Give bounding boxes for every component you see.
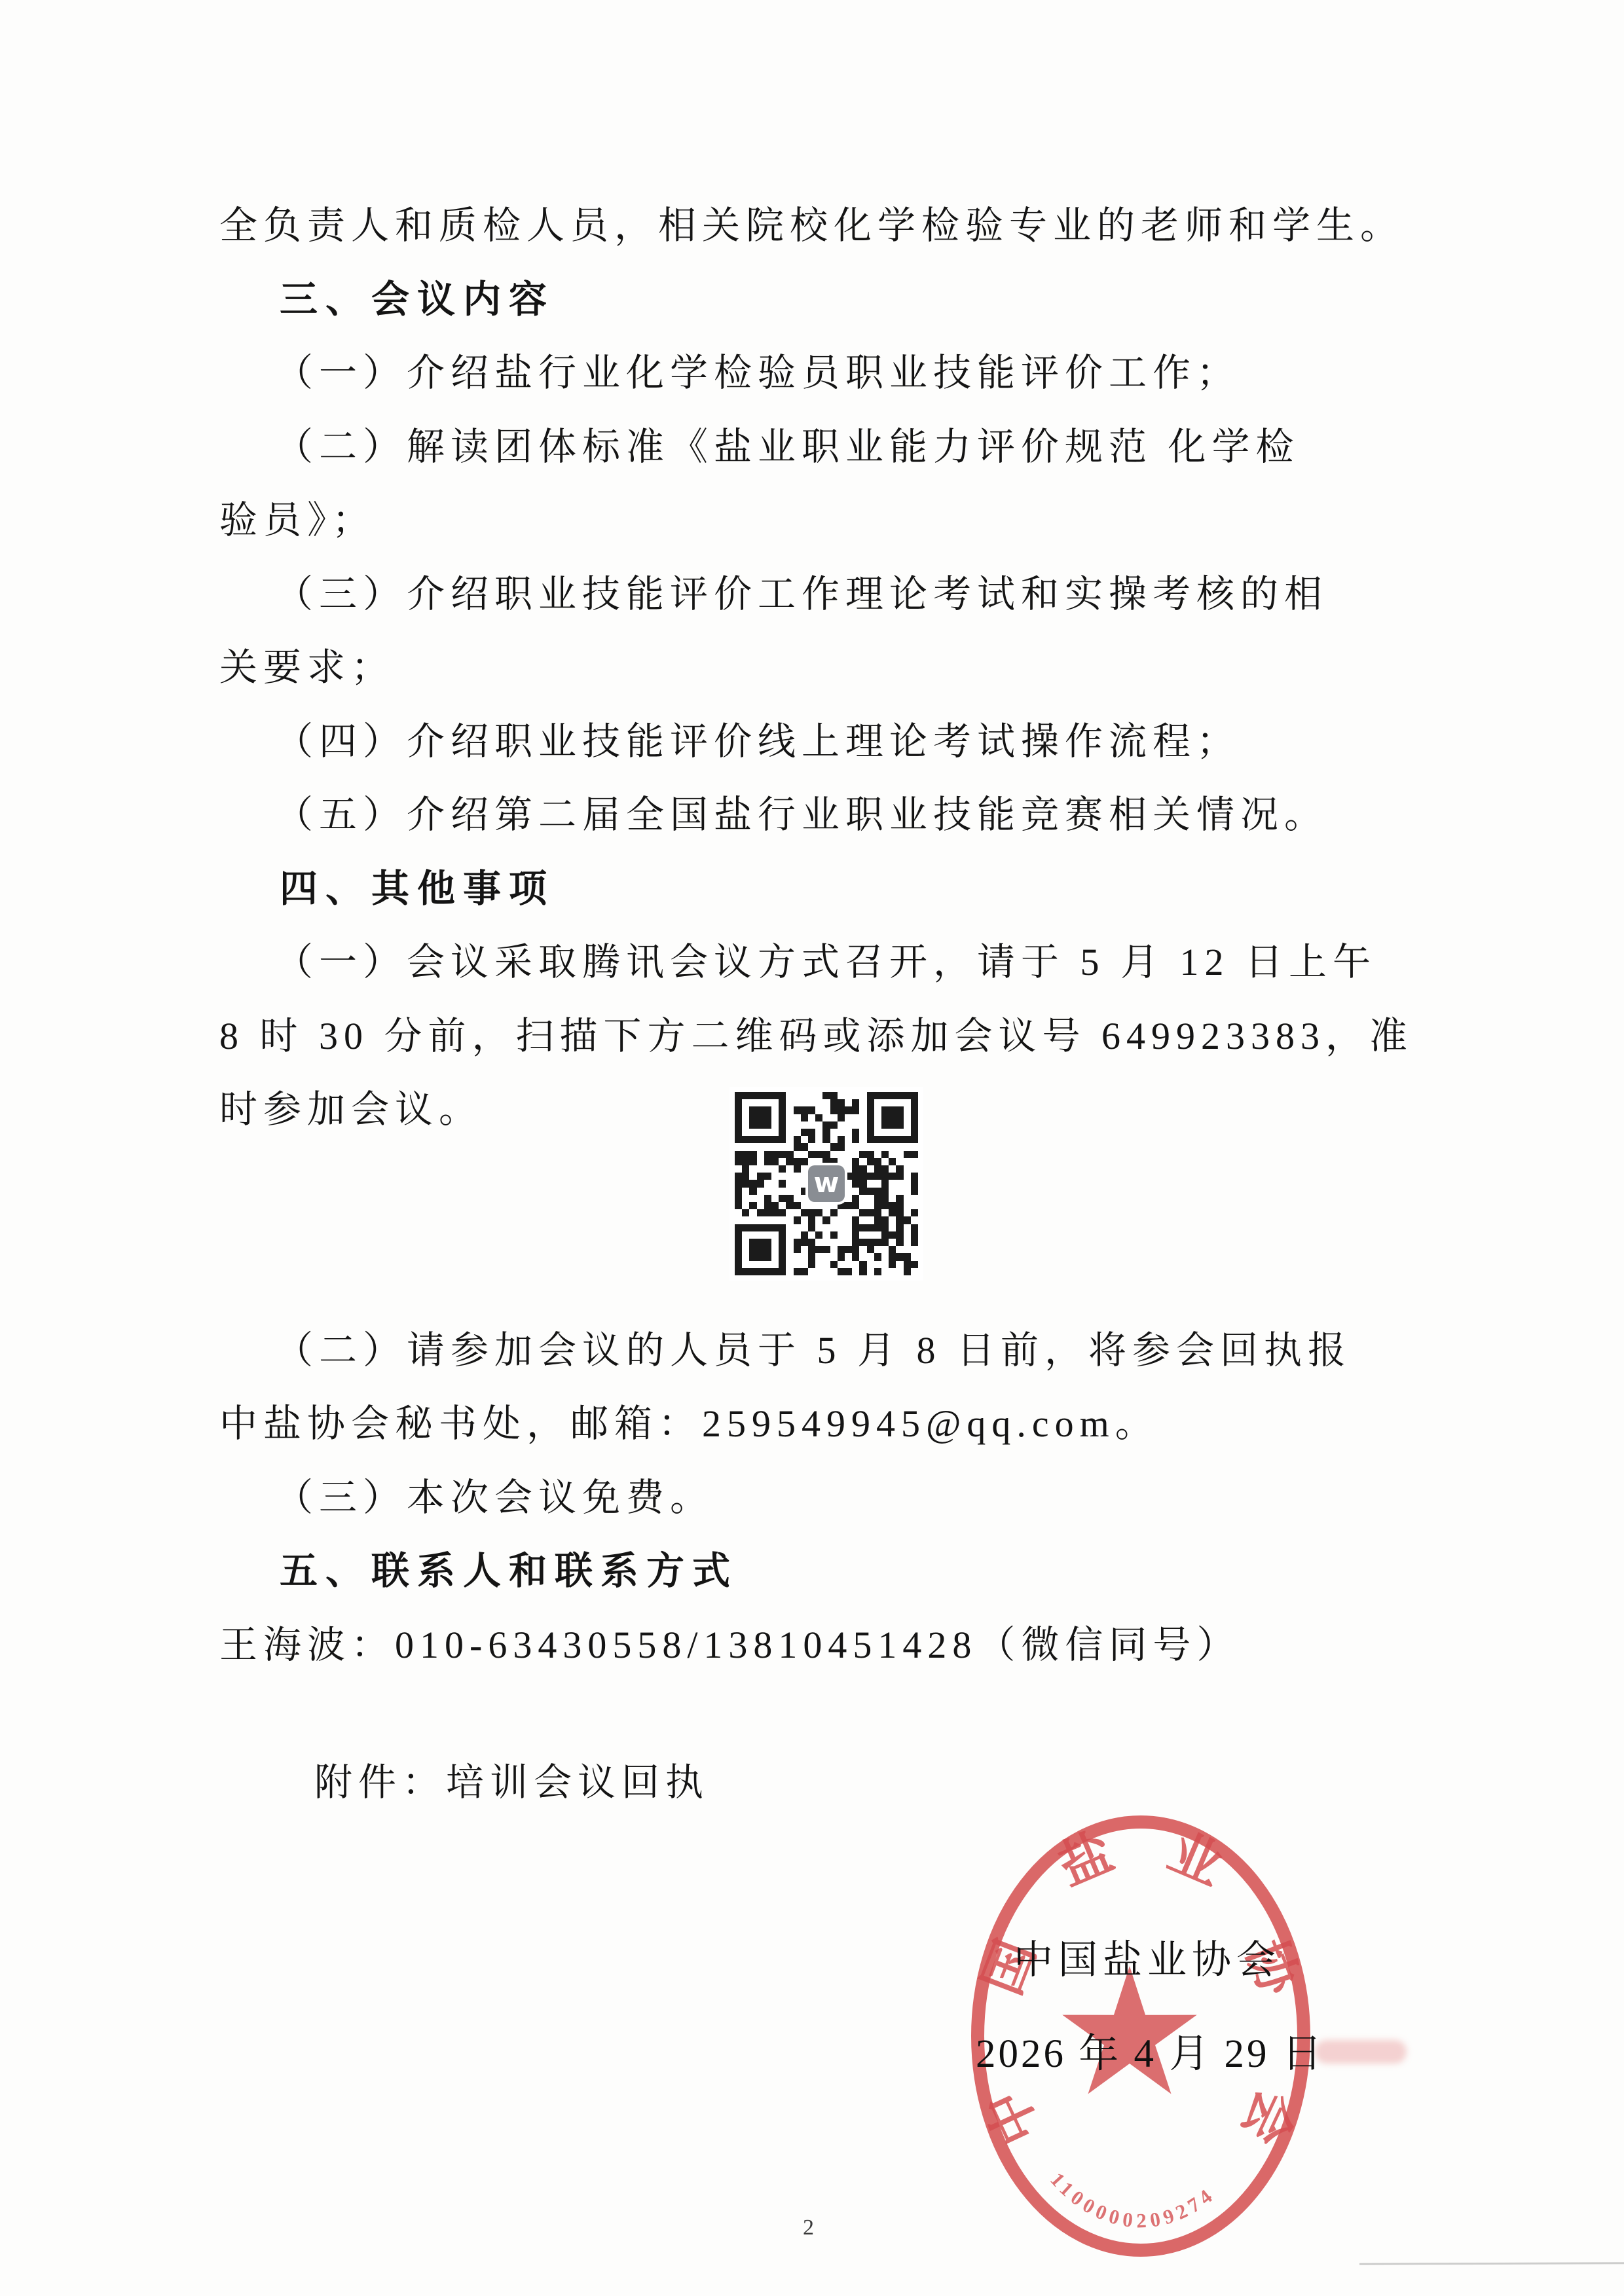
qr-module xyxy=(794,1231,801,1239)
qr-module xyxy=(845,1246,852,1253)
qr-module xyxy=(852,1188,859,1195)
qr-module xyxy=(838,1158,845,1165)
qr-module xyxy=(749,1180,756,1187)
qr-module xyxy=(896,1253,903,1260)
qr-module xyxy=(852,1268,859,1275)
qr-module xyxy=(867,1202,874,1209)
qr-module xyxy=(830,1239,838,1246)
qr-module xyxy=(911,1209,918,1216)
qr-module xyxy=(874,1209,881,1216)
qr-module xyxy=(771,1143,779,1150)
qr-module xyxy=(794,1136,801,1143)
qr-module xyxy=(815,1231,822,1239)
qr-module xyxy=(771,1216,779,1224)
qr-module xyxy=(845,1253,852,1260)
qr-module xyxy=(867,1143,874,1150)
qr-module xyxy=(852,1158,859,1165)
qr-module xyxy=(764,1209,771,1216)
qr-module xyxy=(822,1224,830,1231)
qr-module xyxy=(904,1239,911,1246)
qr-module xyxy=(786,1121,793,1129)
qr-module xyxy=(742,1158,749,1165)
qr-module xyxy=(911,1202,918,1209)
qr-module xyxy=(749,1216,756,1224)
qr-module xyxy=(794,1106,801,1114)
qr-module xyxy=(757,1216,764,1224)
qr-module xyxy=(794,1121,801,1129)
qr-module xyxy=(815,1224,822,1231)
qr-module xyxy=(838,1099,845,1106)
qr-module xyxy=(779,1151,786,1158)
qr-module xyxy=(808,1136,815,1143)
qr-module xyxy=(786,1136,793,1143)
qr-module xyxy=(852,1129,859,1136)
qr-module xyxy=(852,1151,859,1158)
qr-module xyxy=(779,1195,786,1202)
qr-module xyxy=(815,1202,822,1209)
qr-module xyxy=(822,1209,830,1216)
qr-module xyxy=(852,1143,859,1150)
qr-module xyxy=(815,1099,822,1106)
qr-module xyxy=(874,1268,881,1275)
qr-module xyxy=(735,1173,742,1180)
signature-date: 2026 年 4 月 29 日 xyxy=(976,2022,1325,2079)
qr-module xyxy=(742,1173,749,1180)
qr-module xyxy=(830,1092,838,1099)
qr-module xyxy=(852,1173,859,1180)
qr-module xyxy=(808,1106,815,1114)
qr-module xyxy=(896,1188,903,1195)
qr-module xyxy=(794,1239,801,1246)
qr-module xyxy=(867,1209,874,1216)
qr-module xyxy=(896,1195,903,1202)
qr-module xyxy=(889,1151,896,1158)
qr-module xyxy=(815,1136,822,1143)
qr-module xyxy=(867,1239,874,1246)
qr-module xyxy=(779,1180,786,1187)
qr-module xyxy=(838,1239,845,1246)
qr-module xyxy=(801,1261,808,1268)
qr-module xyxy=(794,1253,801,1260)
qr-module xyxy=(867,1224,874,1231)
qr-module xyxy=(845,1209,852,1216)
qr-module xyxy=(838,1216,845,1224)
qr-module xyxy=(896,1231,903,1239)
qr-module xyxy=(881,1246,889,1253)
qr-module xyxy=(815,1158,822,1165)
qr-module xyxy=(881,1209,889,1216)
qr-module xyxy=(852,1180,859,1187)
qr-module xyxy=(822,1129,830,1136)
qr-module xyxy=(830,1106,838,1114)
qr-module xyxy=(794,1202,801,1209)
qr-module xyxy=(801,1202,808,1209)
qr-module xyxy=(822,1151,830,1158)
qr-module xyxy=(889,1246,896,1253)
qr-module xyxy=(779,1158,786,1165)
svg-text:盐: 盐 xyxy=(1050,1823,1121,1897)
qr-module xyxy=(830,1253,838,1260)
qr-module xyxy=(786,1188,793,1195)
qr-module xyxy=(874,1195,881,1202)
qr-module xyxy=(822,1261,830,1268)
qr-module xyxy=(830,1114,838,1121)
qr-module xyxy=(881,1224,889,1231)
qr-module xyxy=(794,1158,801,1165)
qr-module xyxy=(764,1188,771,1195)
qr-module xyxy=(779,1188,786,1195)
qr-module xyxy=(757,1173,764,1180)
qr-module xyxy=(852,1216,859,1224)
qr-module xyxy=(794,1216,801,1224)
qr-module xyxy=(786,1202,793,1209)
qr-module xyxy=(911,1165,918,1173)
qr-module xyxy=(757,1151,764,1158)
list-item: （一）介绍盐行业化学检验员职业技能评价工作； xyxy=(219,349,1408,423)
qr-module xyxy=(874,1216,881,1224)
qr-module xyxy=(904,1216,911,1224)
qr-module xyxy=(881,1239,889,1246)
document-page: 全负责人和质检人员，相关院校化学检验专业的老师和学生。 三、会议内容 （一）介绍… xyxy=(0,0,1624,2296)
qr-module xyxy=(852,1165,859,1173)
qr-module xyxy=(786,1114,793,1121)
svg-text:业: 业 xyxy=(1160,1823,1231,1897)
qr-module xyxy=(749,1143,756,1150)
qr-module xyxy=(822,1099,830,1106)
qr-module xyxy=(801,1209,808,1216)
qr-module xyxy=(845,1188,852,1195)
qr-module xyxy=(749,1202,756,1209)
qr-module xyxy=(794,1209,801,1216)
qr-module xyxy=(794,1261,801,1268)
qr-module xyxy=(859,1106,866,1114)
qr-code: w xyxy=(729,1087,923,1281)
seal-ink-smear xyxy=(1315,2040,1407,2064)
qr-module xyxy=(801,1180,808,1187)
seal-ring-text: 中 国 盐 业 协 会 xyxy=(974,1823,1309,2153)
qr-module xyxy=(786,1261,793,1268)
qr-module xyxy=(838,1253,845,1260)
qr-module xyxy=(822,1158,830,1165)
qr-module xyxy=(889,1261,896,1268)
qr-module xyxy=(896,1246,903,1253)
qr-module xyxy=(830,1246,838,1253)
qr-module xyxy=(867,1151,874,1158)
qr-module xyxy=(815,1151,822,1158)
qr-module xyxy=(904,1253,911,1260)
qr-module xyxy=(786,1173,793,1180)
qr-module xyxy=(845,1224,852,1231)
qr-module xyxy=(801,1106,808,1114)
qr-module xyxy=(830,1224,838,1231)
qr-module xyxy=(735,1143,742,1150)
qr-module xyxy=(874,1143,881,1150)
qr-module xyxy=(881,1268,889,1275)
qr-module xyxy=(749,1209,756,1216)
qr-module xyxy=(742,1151,749,1158)
qr-module xyxy=(845,1158,852,1165)
qr-module xyxy=(786,1246,793,1253)
qr-module xyxy=(801,1129,808,1136)
qr-module xyxy=(786,1165,793,1173)
qr-module xyxy=(757,1180,764,1187)
qr-module xyxy=(786,1143,793,1150)
qr-module xyxy=(874,1158,881,1165)
qr-module xyxy=(896,1216,903,1224)
qr-module xyxy=(859,1224,866,1231)
qr-module xyxy=(808,1231,815,1239)
qr-module xyxy=(859,1246,866,1253)
qr-module xyxy=(874,1261,881,1268)
qr-module xyxy=(896,1165,903,1173)
qr-module xyxy=(859,1202,866,1209)
qr-module xyxy=(896,1209,903,1216)
qr-module xyxy=(830,1202,838,1209)
qr-module xyxy=(911,1151,918,1158)
qr-module xyxy=(867,1173,874,1180)
qr-module xyxy=(779,1143,786,1150)
qr-module xyxy=(859,1253,866,1260)
qr-module xyxy=(735,1216,742,1224)
qr-module xyxy=(845,1143,852,1150)
qr-module xyxy=(808,1268,815,1275)
qr-module xyxy=(801,1158,808,1165)
qr-module xyxy=(838,1092,845,1099)
qr-module xyxy=(881,1195,889,1202)
qr-module xyxy=(838,1143,845,1150)
qr-module xyxy=(881,1180,889,1187)
qr-module xyxy=(845,1231,852,1239)
qr-module xyxy=(904,1268,911,1275)
qr-module xyxy=(838,1261,845,1268)
qr-module xyxy=(904,1195,911,1202)
qr-module xyxy=(867,1261,874,1268)
qr-module xyxy=(874,1202,881,1209)
qr-module xyxy=(889,1239,896,1246)
qr-module xyxy=(794,1224,801,1231)
qr-module xyxy=(757,1165,764,1173)
qr-module xyxy=(889,1253,896,1260)
qr-module xyxy=(845,1180,852,1187)
qr-module xyxy=(801,1136,808,1143)
qr-module xyxy=(801,1188,808,1195)
qr-module xyxy=(896,1268,903,1275)
qr-module xyxy=(852,1231,859,1239)
qr-module xyxy=(735,1165,742,1173)
qr-module xyxy=(742,1165,749,1173)
qr-module xyxy=(845,1136,852,1143)
qr-module xyxy=(845,1268,852,1275)
qr-module xyxy=(852,1224,859,1231)
qr-module xyxy=(904,1143,911,1150)
qr-module xyxy=(815,1253,822,1260)
qr-module xyxy=(794,1188,801,1195)
qr-module xyxy=(830,1151,838,1158)
qr-module xyxy=(904,1158,911,1165)
qr-module xyxy=(742,1202,749,1209)
qr-module xyxy=(904,1180,911,1187)
scan-artifact-line xyxy=(1359,2262,1624,2265)
qr-module xyxy=(852,1202,859,1209)
qr-module xyxy=(896,1173,903,1180)
qr-module xyxy=(815,1143,822,1150)
qr-module xyxy=(830,1209,838,1216)
qr-module xyxy=(889,1195,896,1202)
qr-module xyxy=(808,1224,815,1231)
qr-module xyxy=(764,1216,771,1224)
qr-module xyxy=(896,1202,903,1209)
qr-module xyxy=(764,1202,771,1209)
qr-module xyxy=(904,1261,911,1268)
qr-module xyxy=(794,1092,801,1099)
text-line: 关要求； xyxy=(219,644,1408,718)
qr-module xyxy=(771,1158,779,1165)
qr-module xyxy=(757,1195,764,1202)
qr-module xyxy=(771,1151,779,1158)
qr-module xyxy=(859,1261,866,1268)
section-heading-4: 四、其他事项 xyxy=(219,865,1408,939)
qr-module xyxy=(801,1114,808,1121)
qr-module xyxy=(815,1092,822,1099)
document-body: 全负责人和质检人员，相关院校化学检验专业的老师和学生。 三、会议内容 （一）介绍… xyxy=(219,202,1408,1832)
qr-module xyxy=(808,1253,815,1260)
qr-module xyxy=(742,1209,749,1216)
qr-module xyxy=(815,1246,822,1253)
qr-module xyxy=(852,1239,859,1246)
qr-module xyxy=(889,1231,896,1239)
qr-module xyxy=(845,1106,852,1114)
qr-module xyxy=(867,1246,874,1253)
qr-center-logo-icon: w xyxy=(808,1165,845,1202)
qr-module xyxy=(904,1224,911,1231)
qr-module xyxy=(786,1216,793,1224)
qr-module xyxy=(845,1151,852,1158)
qr-module xyxy=(786,1106,793,1114)
qr-module xyxy=(808,1121,815,1129)
qr-module xyxy=(889,1202,896,1209)
qr-module xyxy=(808,1216,815,1224)
qr-module xyxy=(801,1231,808,1239)
qr-module xyxy=(808,1114,815,1121)
qr-module xyxy=(786,1151,793,1158)
qr-module xyxy=(838,1209,845,1216)
qr-module xyxy=(801,1195,808,1202)
qr-module xyxy=(815,1106,822,1114)
qr-module xyxy=(822,1216,830,1224)
qr-module xyxy=(749,1165,756,1173)
qr-module xyxy=(838,1268,845,1275)
qr-module xyxy=(808,1239,815,1246)
qr-module xyxy=(822,1246,830,1253)
qr-module xyxy=(874,1165,881,1173)
qr-module xyxy=(838,1231,845,1239)
qr-module xyxy=(822,1114,830,1121)
text-line: 8 时 30 分前，扫描下方二维码或添加会议号 649923383，准 xyxy=(219,1012,1408,1086)
qr-module xyxy=(801,1268,808,1275)
qr-module xyxy=(896,1180,903,1187)
qr-module xyxy=(845,1173,852,1180)
qr-module xyxy=(749,1151,756,1158)
qr-module xyxy=(822,1121,830,1129)
qr-module xyxy=(845,1261,852,1268)
qr-module xyxy=(815,1129,822,1136)
qr-module xyxy=(801,1239,808,1246)
qr-module xyxy=(852,1106,859,1114)
qr-module xyxy=(896,1151,903,1158)
qr-module xyxy=(867,1165,874,1173)
qr-module xyxy=(859,1165,866,1173)
qr-finder xyxy=(867,1092,918,1143)
qr-module xyxy=(735,1180,742,1187)
page-number: 2 xyxy=(803,2215,814,2240)
qr-module xyxy=(757,1188,764,1195)
qr-module xyxy=(881,1216,889,1224)
qr-module xyxy=(749,1188,756,1195)
qr-module xyxy=(845,1099,852,1106)
text-line: 验员》； xyxy=(219,496,1408,570)
qr-module xyxy=(786,1268,793,1275)
qr-module xyxy=(867,1158,874,1165)
qr-module xyxy=(808,1202,815,1209)
qr-module xyxy=(896,1158,903,1165)
qr-module xyxy=(801,1173,808,1180)
qr-module xyxy=(874,1188,881,1195)
qr-module xyxy=(881,1151,889,1158)
qr-module xyxy=(749,1173,756,1180)
qr-module xyxy=(911,1246,918,1253)
qr-module xyxy=(742,1143,749,1150)
qr-module xyxy=(815,1121,822,1129)
qr-module xyxy=(867,1216,874,1224)
qr-module xyxy=(859,1188,866,1195)
qr-module xyxy=(852,1114,859,1121)
qr-module xyxy=(911,1195,918,1202)
qr-module xyxy=(911,1158,918,1165)
qr-module xyxy=(794,1165,801,1173)
qr-module xyxy=(867,1195,874,1202)
qr-module xyxy=(852,1099,859,1106)
attachment-spacer xyxy=(219,1694,1408,1758)
section-heading-3: 三、会议内容 xyxy=(219,276,1408,350)
qr-module xyxy=(881,1202,889,1209)
qr-module xyxy=(779,1209,786,1216)
qr-module xyxy=(822,1268,830,1275)
qr-module xyxy=(881,1253,889,1260)
qr-module xyxy=(771,1209,779,1216)
qr-module xyxy=(867,1180,874,1187)
qr-module xyxy=(845,1239,852,1246)
qr-module xyxy=(786,1092,793,1099)
qr-module xyxy=(874,1246,881,1253)
list-item: （三）介绍职业技能评价工作理论考试和实操考核的相 xyxy=(219,570,1408,644)
qr-module xyxy=(786,1158,793,1165)
qr-module xyxy=(896,1143,903,1150)
qr-module xyxy=(822,1092,830,1099)
qr-module xyxy=(911,1268,918,1275)
qr-module xyxy=(904,1151,911,1158)
qr-module xyxy=(735,1158,742,1165)
qr-module xyxy=(808,1143,815,1150)
qr-module xyxy=(742,1188,749,1195)
qr-module xyxy=(801,1224,808,1231)
qr-finder xyxy=(735,1224,786,1275)
qr-module xyxy=(830,1099,838,1106)
qr-module xyxy=(911,1216,918,1224)
qr-module xyxy=(801,1121,808,1129)
text-line: 中盐协会秘书处，邮箱：259549945@qq.com。 xyxy=(219,1400,1408,1474)
qr-module xyxy=(822,1136,830,1143)
qr-module xyxy=(757,1143,764,1150)
